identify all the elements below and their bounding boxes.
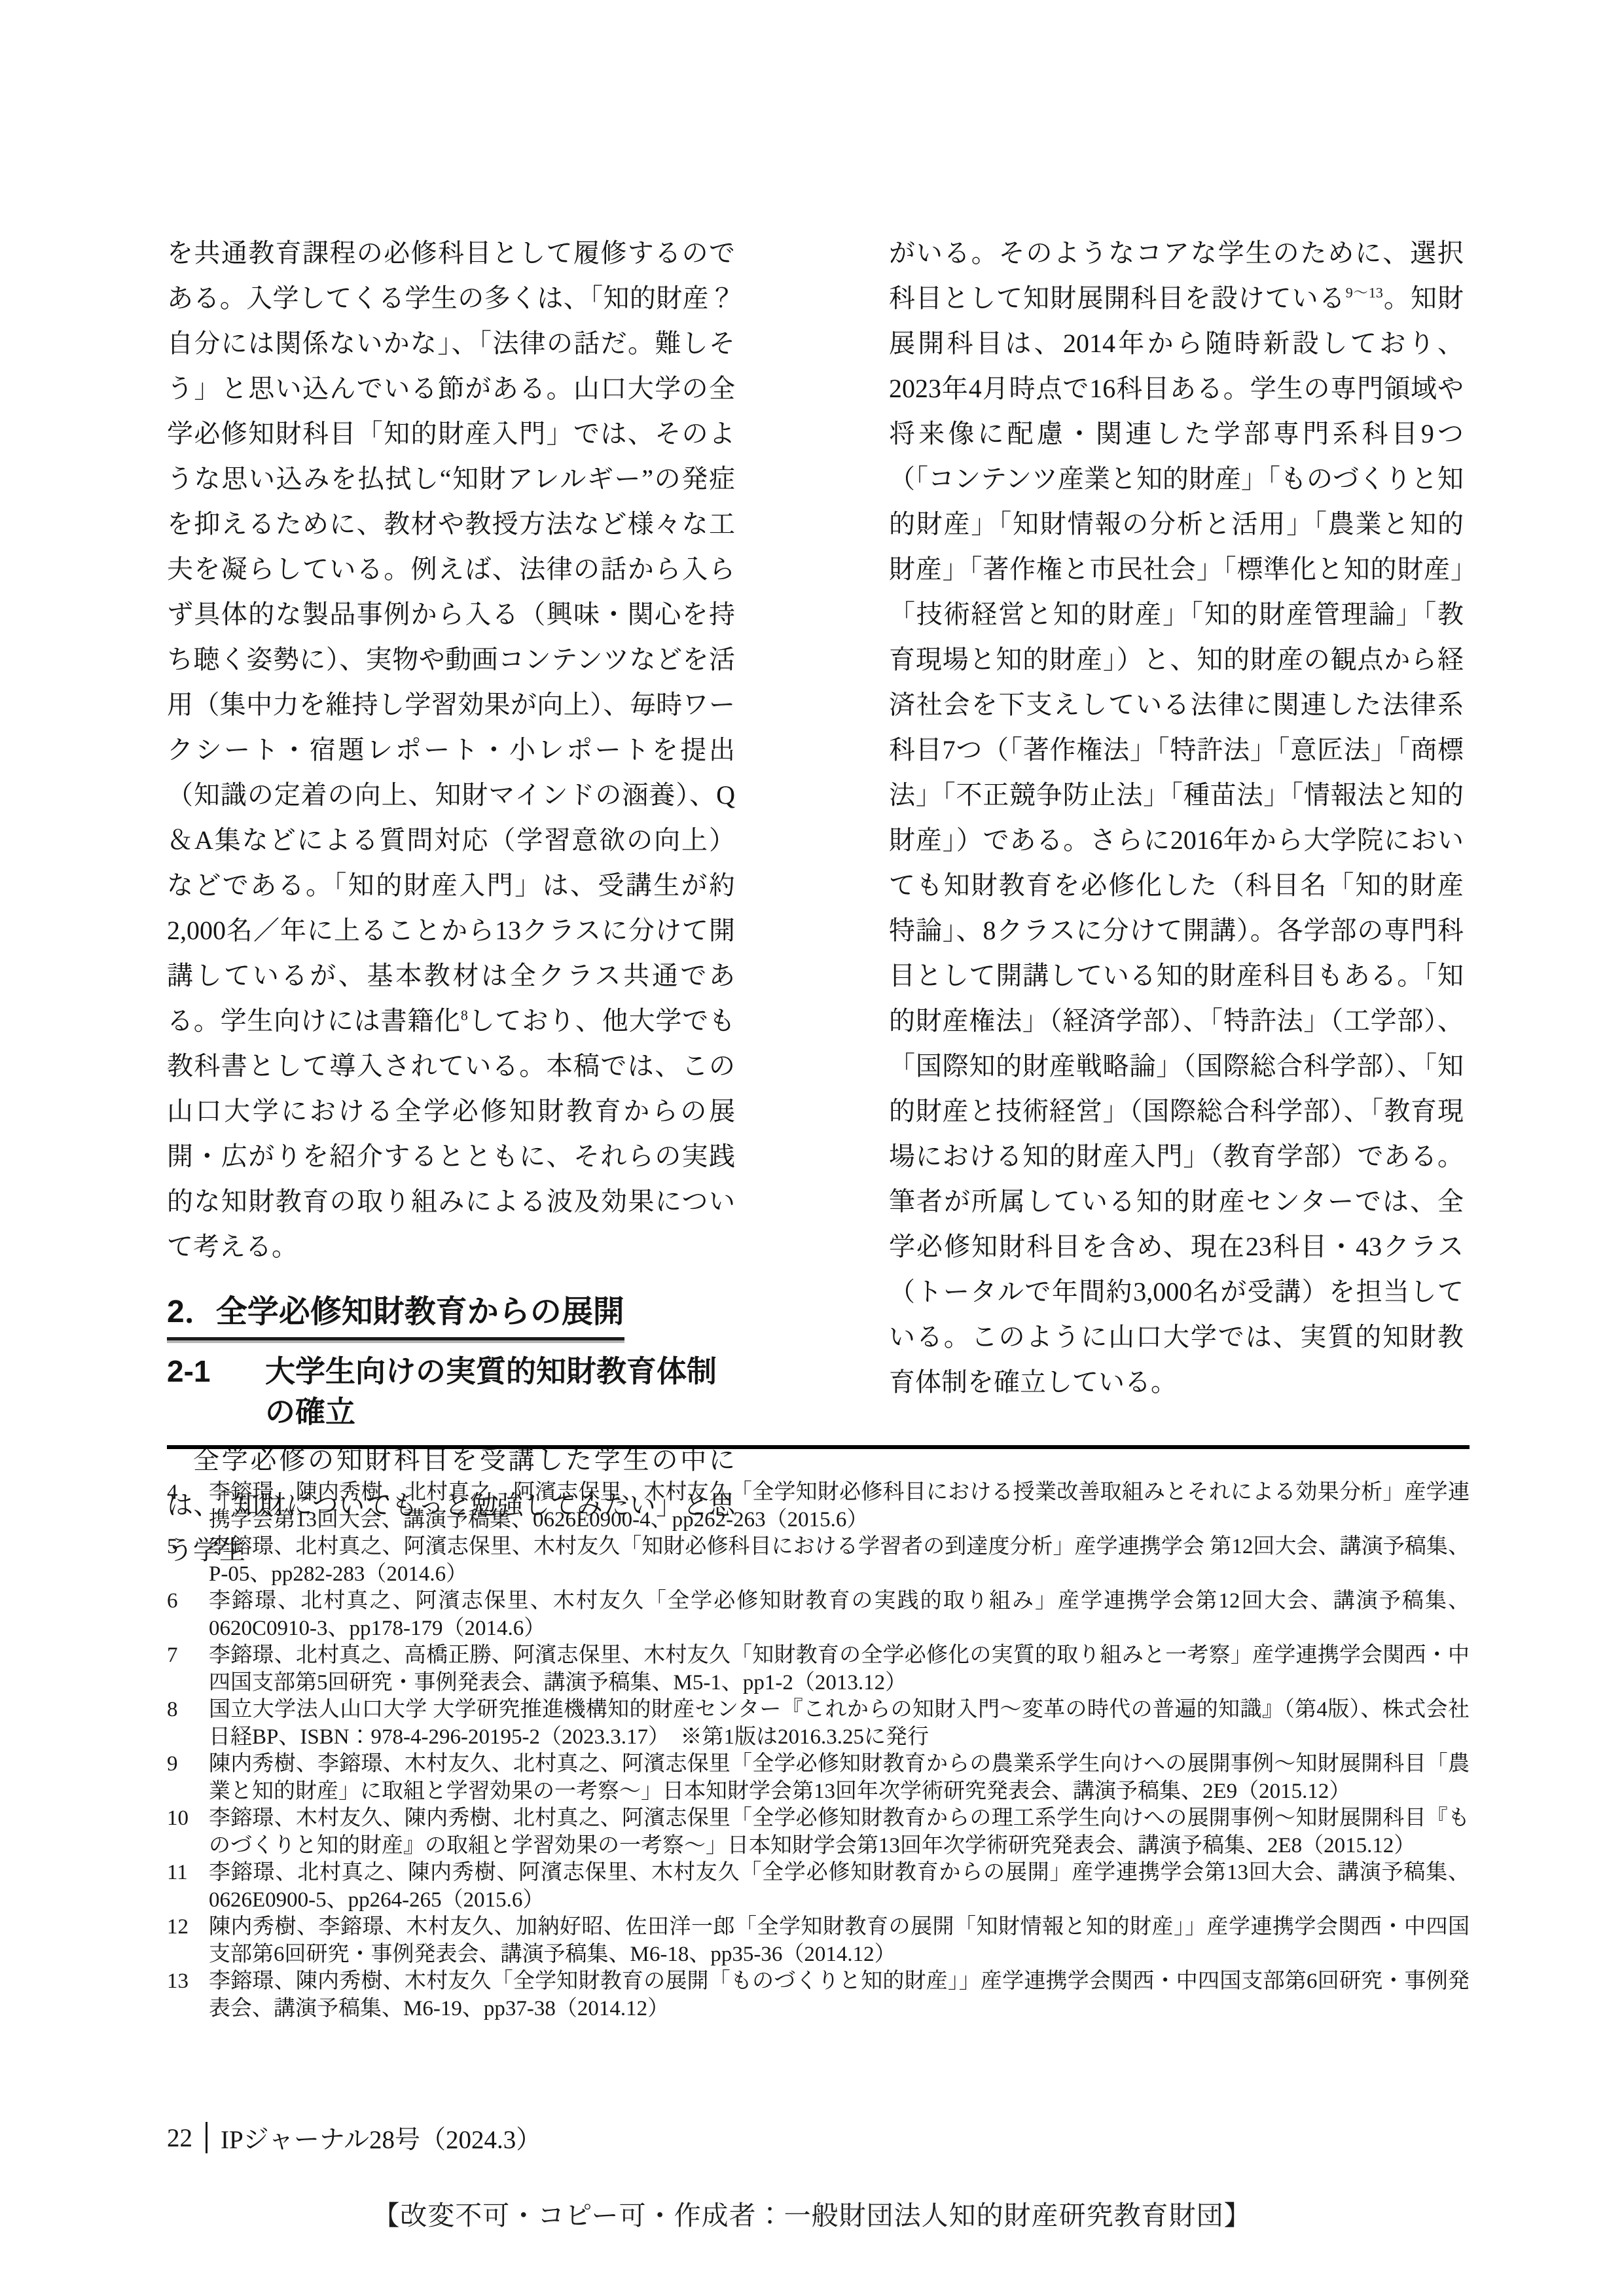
footnote-number: 9 <box>167 1751 209 1805</box>
footnote-text: 国立大学法人山口大学 大学研究推進機構知的財産センター『これからの知財入門～変革… <box>209 1696 1470 1751</box>
footnotes-section: 4 李鎔璟、陳内秀樹、北村真之、阿濱志保里、木村友久「全学知財必修科目における授… <box>167 1445 1470 2022</box>
footnote-number: 13 <box>167 1968 209 2022</box>
footnote-item: 9 陳内秀樹、李鎔璟、木村友久、北村真之、阿濱志保里「全学必修知財教育からの農業… <box>167 1751 1470 1805</box>
footnote-ref-8: 8 <box>461 1007 468 1024</box>
journal-title: IPジャーナル28号（2024.3） <box>221 2119 541 2156</box>
footnote-text: 李鎔璟、陳内秀樹、北村真之、阿濱志保里、木村友久「全学知財必修科目における授業改… <box>209 1479 1470 1534</box>
footnote-number: 5 <box>167 1534 209 1588</box>
footnote-item: 8 国立大学法人山口大学 大学研究推進機構知的財産センター『これからの知財入門～… <box>167 1696 1470 1751</box>
page-footer: 22 IPジャーナル28号（2024.3） <box>167 2119 541 2156</box>
footnote-text: 李鎔璟、木村友久、陳内秀樹、北村真之、阿濱志保里「全学必修知財教育からの理工系学… <box>209 1805 1470 1859</box>
footnote-number: 6 <box>167 1588 209 1642</box>
footnote-item: 10 李鎔璟、木村友久、陳内秀樹、北村真之、阿濱志保里「全学必修知財教育からの理… <box>167 1805 1470 1859</box>
subsection-number: 2-1 <box>167 1351 265 1432</box>
footnote-number: 10 <box>167 1805 209 1859</box>
paragraph-text: を共通教育課程の必修科目として履修するのである。入学してくる学生の多くは、「知的… <box>167 238 761 1035</box>
section-heading: 2．全学必修知財教育からの展開 <box>167 1293 624 1340</box>
footnote-ref-9-13: 9～13 <box>1346 285 1383 301</box>
paragraph-text: しており、他大学でも教科書として導入されている。本稿では、この山口大学における全… <box>167 1006 735 1261</box>
footnote-number: 12 <box>167 1914 209 1968</box>
subsection-heading: 2-1 大学生向けの実質的知財教育体制の確立 <box>167 1351 735 1432</box>
journal-page: を共通教育課程の必修科目として履修するのである。入学してくる学生の多くは、「知的… <box>0 0 1624 2296</box>
footnote-item: 4 李鎔璟、陳内秀樹、北村真之、阿濱志保里、木村友久「全学知財必修科目における授… <box>167 1479 1470 1534</box>
page-number: 22 <box>167 2123 192 2153</box>
footnote-text: 李鎔璟、北村真之、陳内秀樹、阿濱志保里、木村友久「全学必修知財教育からの展開」産… <box>209 1859 1470 1914</box>
footnote-item: 5 李鎔璟、北村真之、阿濱志保里、木村友久「知財必修科目における学習者の到達度分… <box>167 1534 1470 1588</box>
footer-divider <box>206 2122 208 2153</box>
footnote-item: 12 陳内秀樹、李鎔璟、木村友久、加納好昭、佐田洋一郎「全学知財教育の展開「知財… <box>167 1914 1470 1968</box>
footnote-text: 李鎔璟、北村真之、阿濱志保里、木村友久「知財必修科目における学習者の到達度分析」… <box>209 1534 1470 1588</box>
body-paragraph-1: を共通教育課程の必修科目として履修するのである。入学してくる学生の多くは、「知的… <box>167 230 735 1269</box>
footnote-number: 4 <box>167 1479 209 1534</box>
paragraph-text: 。知財展開科目は、2014年から随時新設しており、2023年4月時点で16科目あ… <box>889 283 1464 1397</box>
footnote-number: 11 <box>167 1859 209 1914</box>
footnote-text: 陳内秀樹、李鎔璟、木村友久、加納好昭、佐田洋一郎「全学知財教育の展開「知財情報と… <box>209 1914 1470 1968</box>
footnote-text: 李鎔璟、陳内秀樹、木村友久「全学知財教育の展開「ものづくりと知的財産」」産学連携… <box>209 1968 1470 2022</box>
footnote-item: 6 李鎔璟、北村真之、阿濱志保里、木村友久「全学必修知財教育の実践的取り組み」産… <box>167 1588 1470 1642</box>
left-column: を共通教育課程の必修科目として履修するのである。入学してくる学生の多くは、「知的… <box>167 230 735 1573</box>
footnote-number: 7 <box>167 1642 209 1696</box>
right-column: がいる。そのようなコアな学生のために、選択科目として知財展開科目を設けている9～… <box>889 230 1464 1405</box>
footnote-item: 13 李鎔璟、陳内秀樹、木村友久「全学知財教育の展開「ものづくりと知的財産」」産… <box>167 1968 1470 2022</box>
body-paragraph-3: がいる。そのようなコアな学生のために、選択科目として知財展開科目を設けている9～… <box>889 230 1464 1405</box>
paragraph-text: がいる。そのようなコアな学生のために、選択科目として知財展開科目を設けている <box>889 238 1464 313</box>
copyright-banner: 【改変不可・コピー可・作成者：一般財団法人知的財産研究教育財団】 <box>0 2194 1624 2233</box>
footnote-text: 陳内秀樹、李鎔璟、木村友久、北村真之、阿濱志保里「全学必修知財教育からの農業系学… <box>209 1751 1470 1805</box>
footnote-text: 李鎔璟、北村真之、阿濱志保里、木村友久「全学必修知財教育の実践的取り組み」産学連… <box>209 1588 1470 1642</box>
footnote-number: 8 <box>167 1696 209 1751</box>
footnote-item: 11 李鎔璟、北村真之、陳内秀樹、阿濱志保里、木村友久「全学必修知財教育からの展… <box>167 1859 1470 1914</box>
subsection-title: 大学生向けの実質的知財教育体制の確立 <box>265 1351 735 1432</box>
footnote-item: 7 李鎔璟、北村真之、高橋正勝、阿濱志保里、木村友久「知財教育の全学必修化の実質… <box>167 1642 1470 1696</box>
footnote-text: 李鎔璟、北村真之、高橋正勝、阿濱志保里、木村友久「知財教育の全学必修化の実質的取… <box>209 1642 1470 1696</box>
